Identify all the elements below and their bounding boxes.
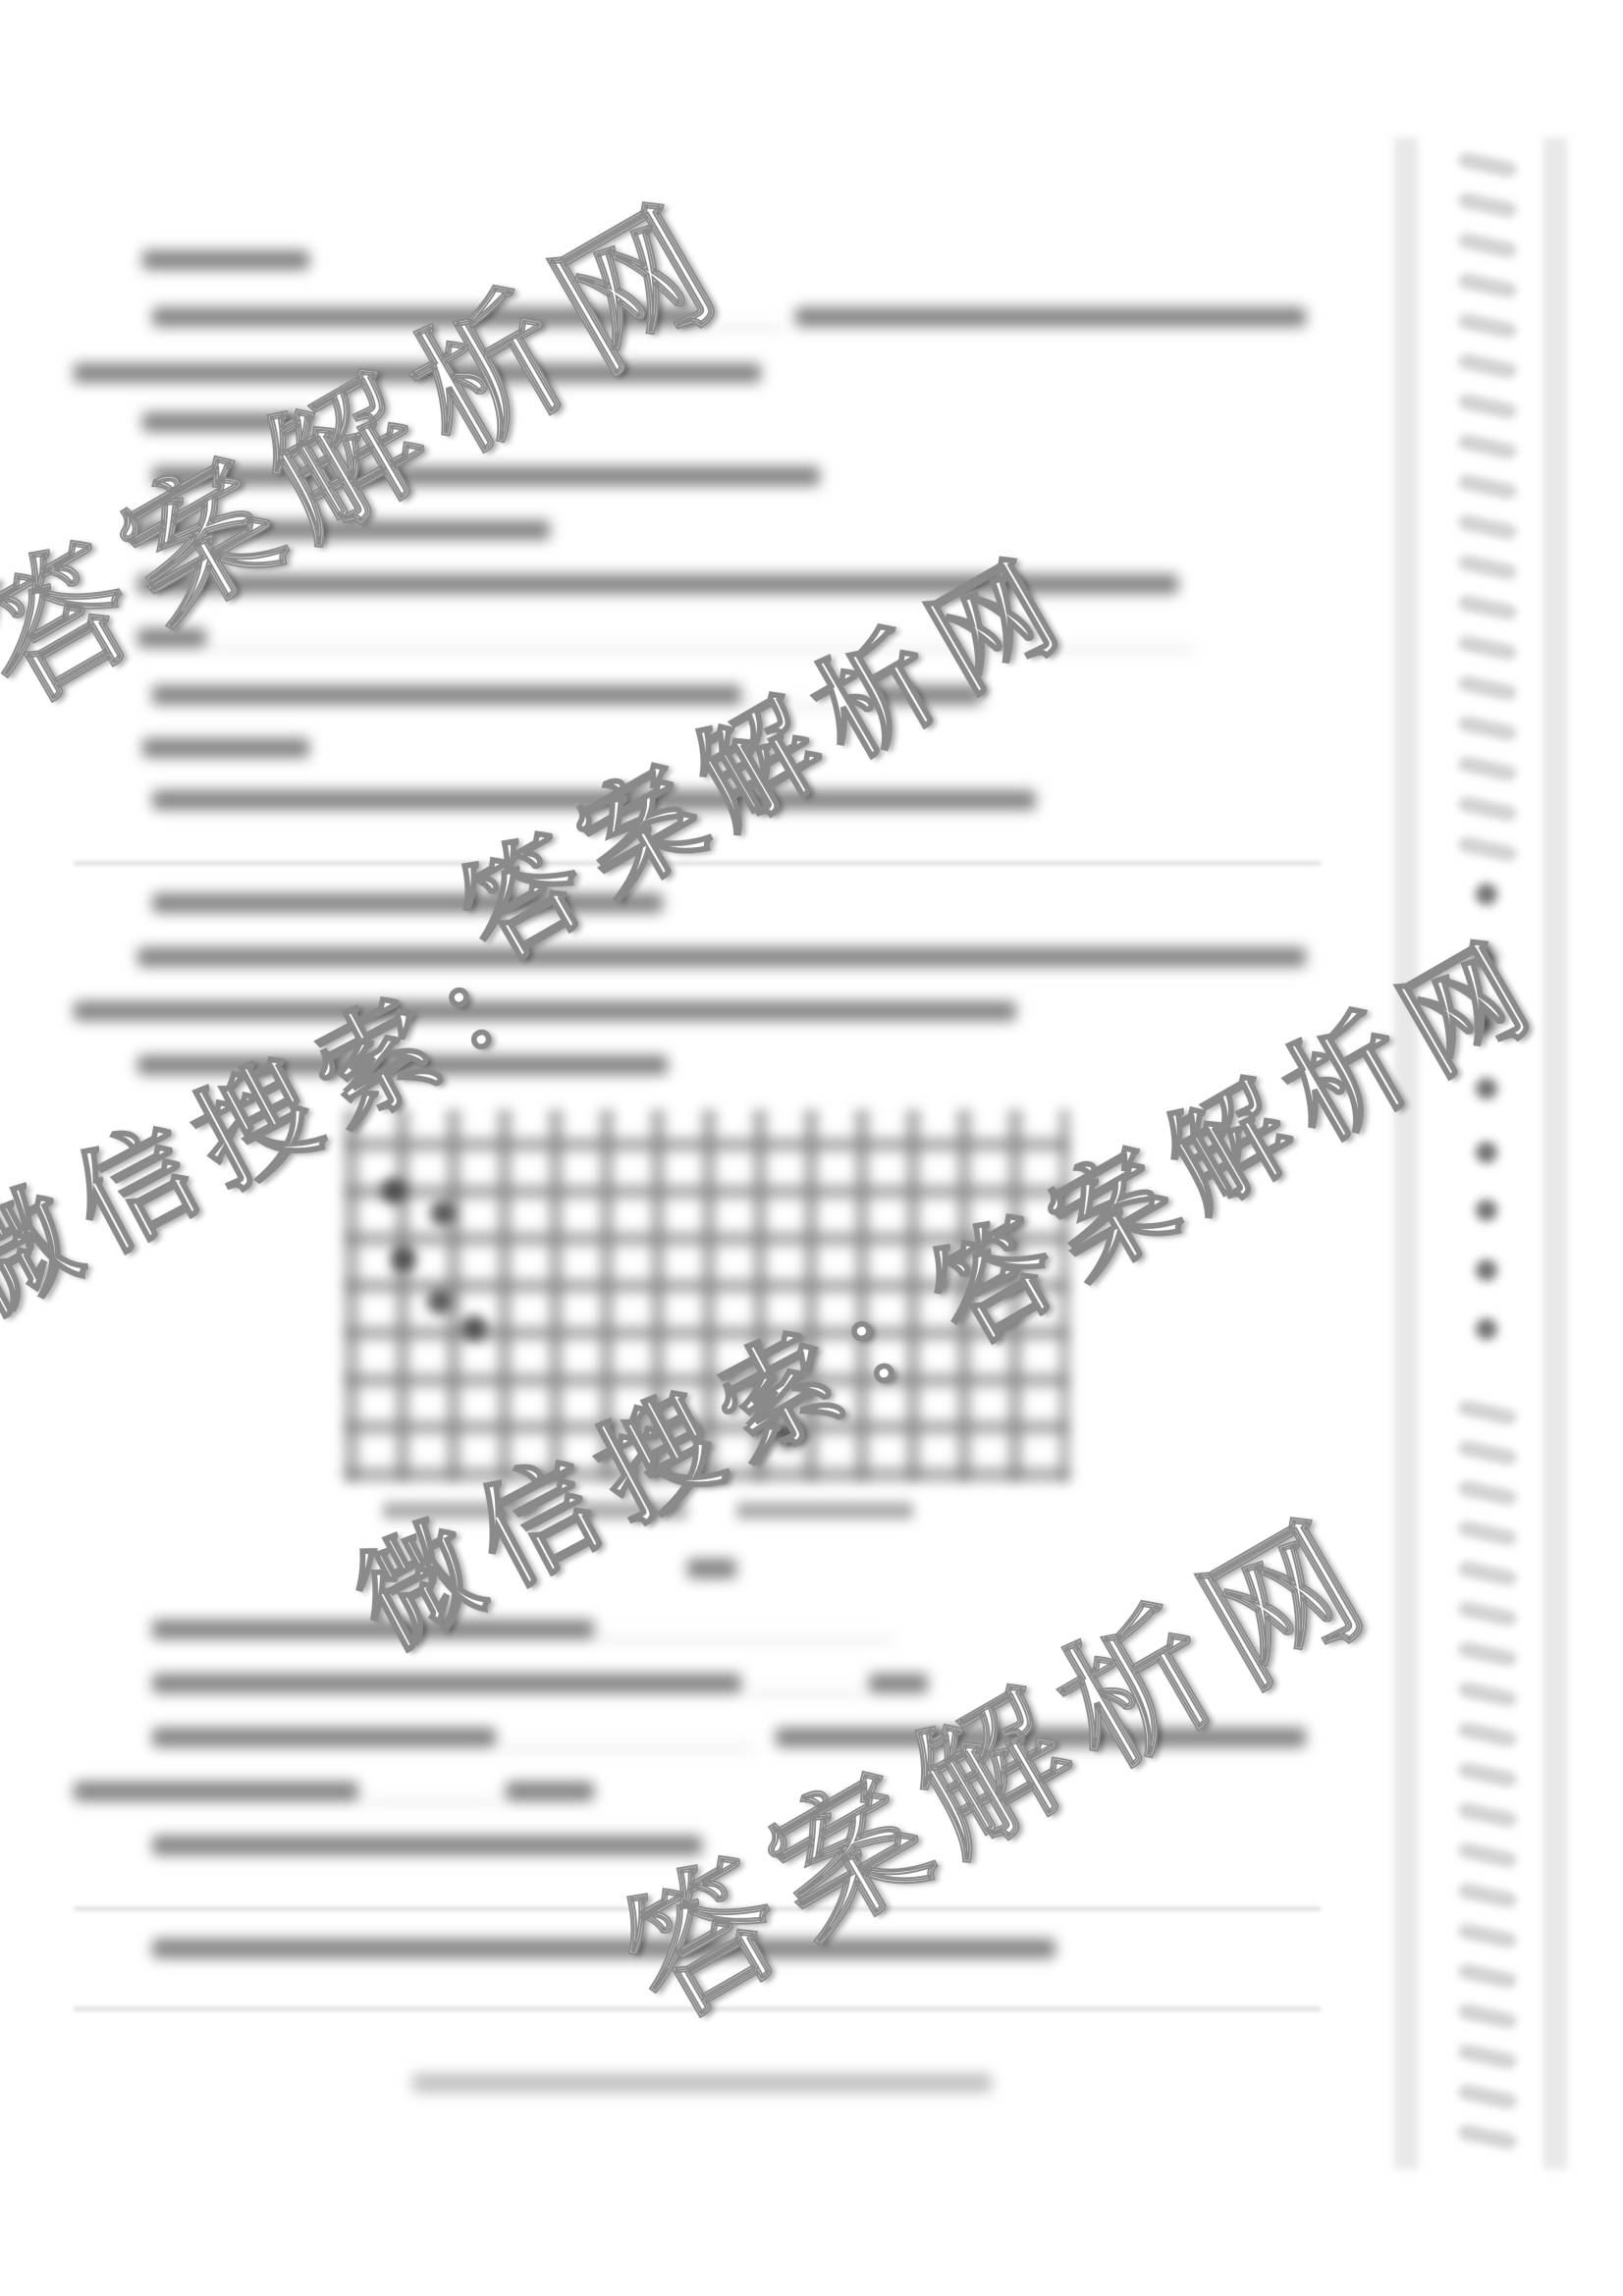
binding-dot: [1476, 1200, 1497, 1221]
section-label: [142, 250, 309, 270]
binding-tick: [1457, 433, 1518, 460]
data-point: [430, 1201, 456, 1226]
binding-tick: [1457, 232, 1518, 259]
exam-page: 答案解析网 答案解析网 微信搜索： 答案解析网 微信搜索： 答案解析网: [0, 0, 1623, 2296]
watermark-site-name: 答案解析网: [0, 141, 762, 742]
binding-tick: [1457, 2123, 1518, 2151]
data-point: [391, 1247, 416, 1272]
binding-tick: [1457, 795, 1518, 823]
text-line: [506, 1782, 594, 1801]
binding-line-right: [1543, 137, 1567, 2169]
axis-label: [736, 1502, 913, 1520]
binding-line-left: [1394, 137, 1418, 2169]
page-footer: [412, 2073, 992, 2093]
data-point: [427, 1289, 453, 1314]
binding-tick: [1457, 835, 1518, 863]
text-line: [152, 1674, 741, 1693]
binding-tick: [1457, 674, 1518, 702]
binding-tick: [1457, 352, 1518, 380]
text-line: [152, 1728, 496, 1747]
binding-tick: [1457, 1600, 1518, 1628]
binding-dot: [1476, 1259, 1497, 1281]
binding-tick: [1457, 1479, 1518, 1507]
binding-tick: [1457, 473, 1518, 501]
binding-tick: [1457, 715, 1518, 742]
data-point: [381, 1178, 406, 1203]
text-line: [795, 307, 1306, 327]
binding-tick: [1457, 1640, 1518, 1668]
binding-tick: [1457, 1922, 1518, 1949]
answer-blank: [599, 1639, 893, 1641]
binding-tick: [1457, 151, 1518, 179]
figure-caption: [687, 1559, 736, 1578]
binding-tick: [1457, 1439, 1518, 1467]
binding-tick: [1457, 1681, 1518, 1708]
text-line: [137, 947, 1306, 967]
binding-tick: [1457, 1882, 1518, 1909]
answer-blank: [746, 1693, 864, 1695]
binding-tick: [1457, 1560, 1518, 1587]
data-point: [461, 1315, 487, 1341]
binding-tick: [1457, 2002, 1518, 2030]
binding-tick: [1457, 554, 1518, 581]
binding-tick: [1457, 634, 1518, 662]
section-label: [142, 738, 309, 758]
binding-tick: [1457, 594, 1518, 621]
binding-tick: [1457, 1842, 1518, 1869]
binding-tick: [1457, 191, 1518, 219]
binding-tick: [1457, 393, 1518, 420]
binding-tick: [1457, 1721, 1518, 1748]
binding-tick: [1457, 2043, 1518, 2070]
binding-tick: [1457, 1801, 1518, 1829]
binding-tick: [1457, 2083, 1518, 2110]
binding-tick: [1457, 513, 1518, 541]
binding-tick: [1457, 1962, 1518, 1990]
binding-tick: [1457, 312, 1518, 340]
binding-tick: [1457, 1399, 1518, 1426]
binding-tick: [1457, 755, 1518, 782]
binding-tick: [1457, 1761, 1518, 1789]
answer-blank: [363, 1801, 501, 1803]
answer-blank: [501, 1747, 756, 1749]
binding-tick: [1457, 1520, 1518, 1547]
binding-dot: [1476, 1318, 1497, 1340]
text-line: [74, 1782, 358, 1801]
text-line: [152, 1939, 1055, 1958]
watermark-site-name: 答案解析网: [581, 1457, 1410, 2057]
binding-tick: [1457, 272, 1518, 299]
text-line: [152, 685, 741, 705]
binding-dot: [1476, 1142, 1497, 1163]
